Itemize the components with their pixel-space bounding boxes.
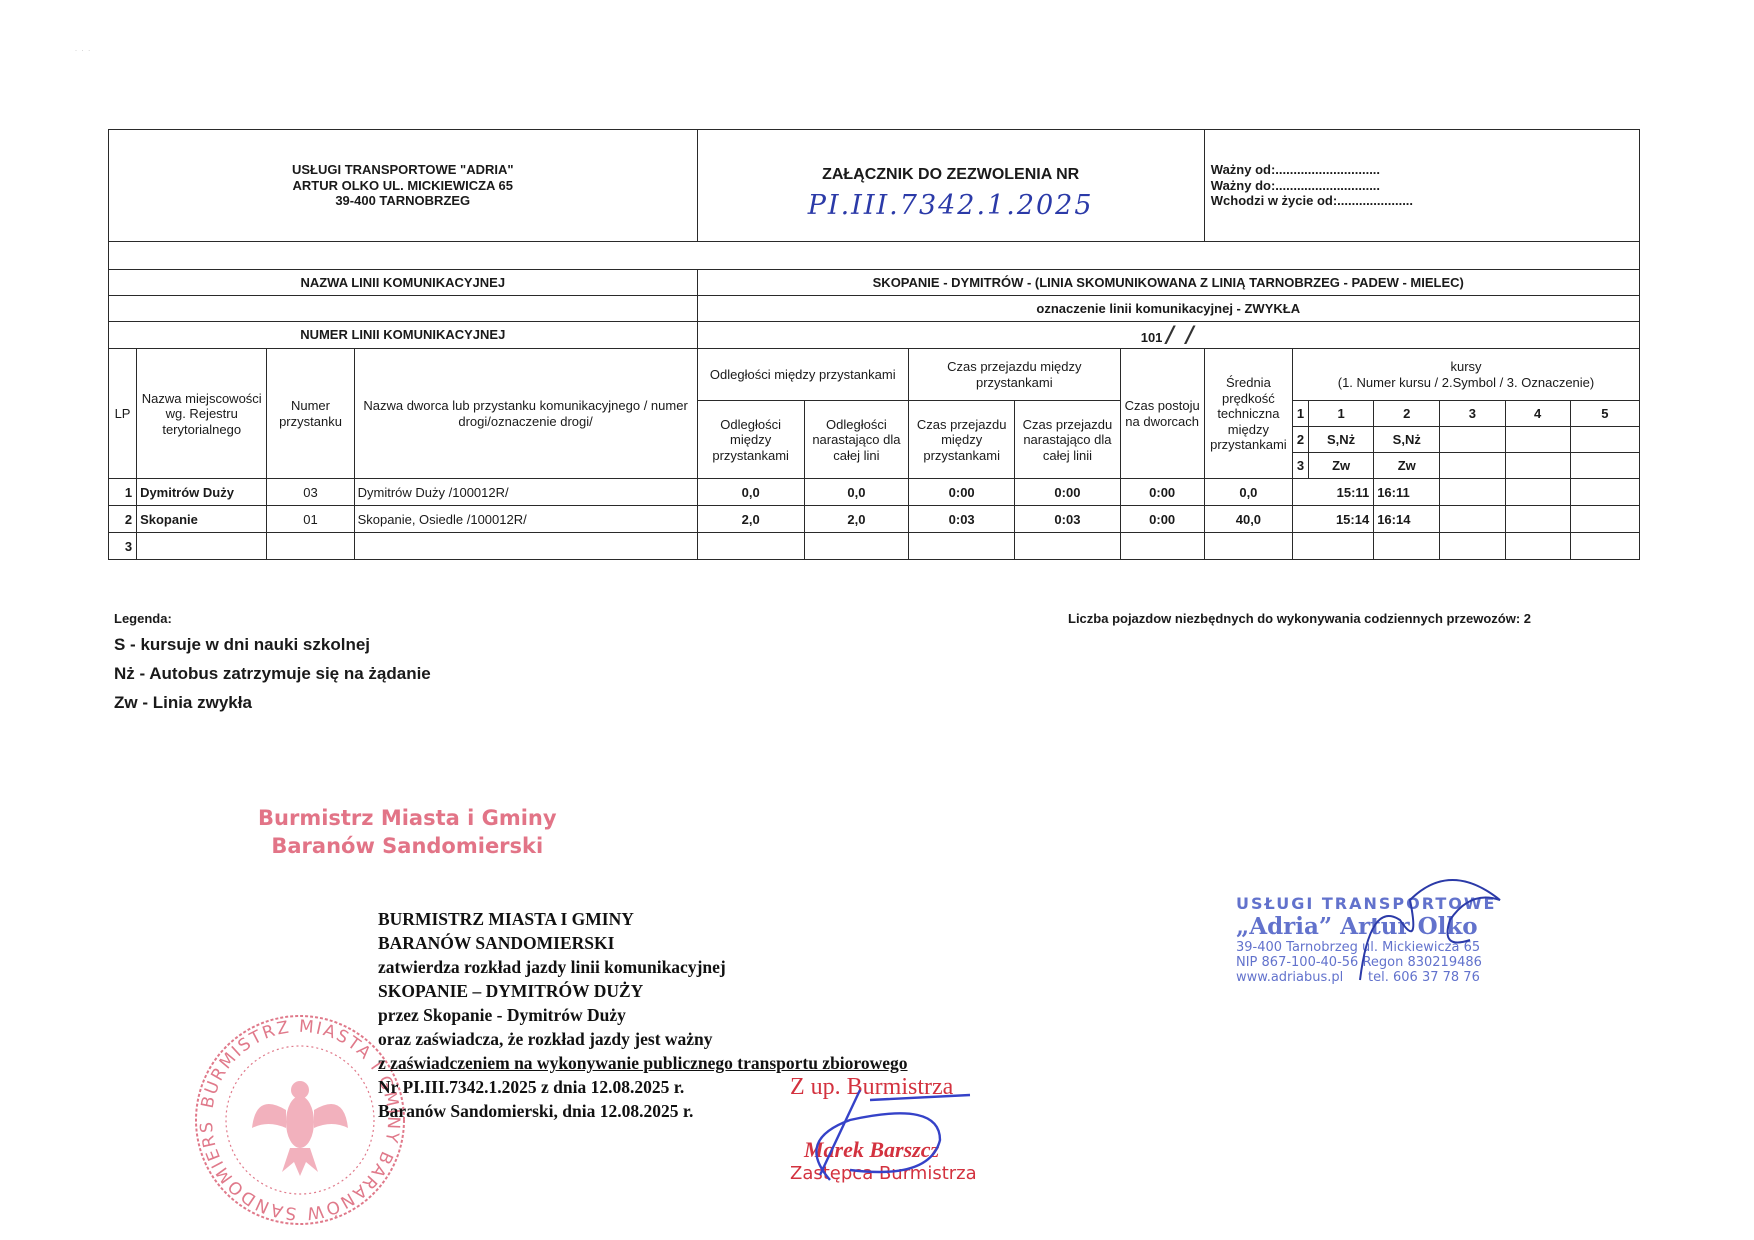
cell-time-course-4 bbox=[1505, 479, 1570, 506]
col-time-cumulative: Czas przejazdu narastająco dla całej lin… bbox=[1015, 401, 1120, 479]
cell-time-cumulative: 0:00 bbox=[1015, 479, 1120, 506]
line-name-label: NAZWA LINII KOMUNIKACYJNEJ bbox=[109, 270, 698, 296]
empty-cell bbox=[109, 296, 698, 322]
cell-time-course-3 bbox=[1440, 506, 1505, 533]
cell-time-course-4 bbox=[1505, 533, 1570, 560]
approval-line: z zaświadczeniem na wykonywanie publiczn… bbox=[378, 1051, 908, 1075]
course-designation: Zw bbox=[1374, 453, 1440, 479]
cell-time-between: 0:00 bbox=[909, 479, 1015, 506]
cell-lp: 2 bbox=[109, 506, 137, 533]
operator-line1: USŁUGI TRANSPORTOWE "ADRIA" bbox=[112, 162, 694, 178]
line-name-value: SKOPANIE - DYMITRÓW - (LINIA SKOMUNIKOWA… bbox=[697, 270, 1639, 296]
valid-to: Ważny do:............................. bbox=[1211, 178, 1636, 194]
timetable-grid: USŁUGI TRANSPORTOWE "ADRIA" ARTUR OLKO U… bbox=[108, 129, 1640, 560]
cell-time-course-2: 16:11 bbox=[1374, 479, 1440, 506]
course-row-label: 2 bbox=[1293, 427, 1309, 453]
course-number: 5 bbox=[1570, 401, 1639, 427]
table-row: 3 bbox=[109, 533, 1640, 560]
col-courses: kursy (1. Numer kursu / 2.Symbol / 3. Oz… bbox=[1293, 349, 1640, 401]
validity-block: Ważny od:............................. W… bbox=[1204, 130, 1639, 242]
line-number-label: NUMER LINII KOMUNIKACYJNEJ bbox=[109, 322, 698, 349]
line-number-cell: 101 / / bbox=[697, 322, 1639, 349]
line-number-value: 101 bbox=[1141, 330, 1163, 345]
col-stop-number: Numer przystanku bbox=[267, 349, 354, 479]
cell-time-course-2: 16:14 bbox=[1374, 506, 1440, 533]
mayor-stamp-line1: Burmistrz Miasta i Gminy bbox=[258, 804, 557, 832]
operator-line3: 39-400 TARNOBRZEG bbox=[112, 193, 694, 209]
col-time-between: Czas przejazdu między przystankami bbox=[909, 401, 1015, 479]
approval-line: BARANÓW SANDOMIERSKI bbox=[378, 931, 908, 955]
course-row-label: 1 bbox=[1293, 401, 1309, 427]
approval-line: BURMISTRZ MIASTA I GMINY bbox=[378, 907, 908, 931]
cell-locality: Skopanie bbox=[137, 506, 267, 533]
col-time-group: Czas przejazdu między przystankami bbox=[909, 349, 1121, 401]
legend-item: S - kursuje w dni nauki szkolnej bbox=[114, 635, 431, 655]
course-designation bbox=[1570, 453, 1639, 479]
cell-stop-time: 0:00 bbox=[1120, 506, 1204, 533]
mayor-office-stamp: Burmistrz Miasta i Gminy Baranów Sandomi… bbox=[258, 804, 557, 860]
course-number: 3 bbox=[1440, 401, 1505, 427]
course-number: 4 bbox=[1505, 401, 1570, 427]
cell-locality: Dymitrów Duży bbox=[137, 479, 267, 506]
line-number-handwritten: / / bbox=[1166, 322, 1196, 348]
cell-time-cumulative bbox=[1015, 533, 1120, 560]
vehicles-needed: Liczba pojazdow niezbędnych do wykonywan… bbox=[1068, 611, 1531, 626]
cell-time-course-3 bbox=[1440, 533, 1505, 560]
legend-item: Zw - Linia zwykła bbox=[114, 693, 431, 713]
approval-line: przez Skopanie - Dymitrów Duży bbox=[378, 1003, 908, 1027]
course-designation bbox=[1440, 453, 1505, 479]
cell-avg-speed bbox=[1204, 533, 1292, 560]
approval-line: zatwierdza rozkład jazdy linii komunikac… bbox=[378, 955, 908, 979]
table-row: 1 Dymitrów Duży 03 Dymitrów Duży /100012… bbox=[109, 479, 1640, 506]
cell-stop-number: 03 bbox=[267, 479, 354, 506]
cell-stop-number bbox=[267, 533, 354, 560]
cell-distance-cumulative: 2,0 bbox=[804, 506, 908, 533]
course-number: 2 bbox=[1374, 401, 1440, 427]
cell-time-course-1: 15:14 bbox=[1293, 506, 1374, 533]
cell-distance-between: 0,0 bbox=[697, 479, 804, 506]
cell-stop-time: 0:00 bbox=[1120, 479, 1204, 506]
courses-subtitle: (1. Numer kursu / 2.Symbol / 3. Oznaczen… bbox=[1296, 375, 1636, 391]
cell-stop-name bbox=[354, 533, 697, 560]
col-distance-between: Odległości między przystankami bbox=[697, 401, 804, 479]
cell-distance-cumulative bbox=[804, 533, 908, 560]
attachment-block: ZAŁĄCZNIK DO ZEZWOLENIA NR PI.III.7342.1… bbox=[697, 130, 1204, 242]
cell-lp: 3 bbox=[109, 533, 137, 560]
course-symbol bbox=[1570, 427, 1639, 453]
col-distance-cumulative: Odległości narastająco dla całej lini bbox=[804, 401, 908, 479]
cell-time-course-2 bbox=[1374, 533, 1440, 560]
cell-time-between: 0:03 bbox=[909, 506, 1015, 533]
col-lp: LP bbox=[109, 349, 137, 479]
legend-item: Nż - Autobus zatrzymuje się na żądanie bbox=[114, 664, 431, 684]
cell-distance-between: 2,0 bbox=[697, 506, 804, 533]
col-stop-name: Nazwa dworca lub przystanku komunikacyjn… bbox=[354, 349, 697, 479]
col-stop-time: Czas postoju na dworcach bbox=[1120, 349, 1204, 479]
course-symbol bbox=[1505, 427, 1570, 453]
scan-specks: · · · bbox=[75, 48, 90, 54]
col-locality: Nazwa miejscowości wg. Rejestru terytori… bbox=[137, 349, 267, 479]
cell-time-course-3 bbox=[1440, 479, 1505, 506]
cell-stop-time bbox=[1120, 533, 1204, 560]
course-symbol bbox=[1440, 427, 1505, 453]
cell-time-cumulative: 0:03 bbox=[1015, 506, 1120, 533]
approval-line: SKOPANIE – DYMITRÓW DUŻY bbox=[378, 979, 908, 1003]
cell-time-course-4 bbox=[1505, 506, 1570, 533]
table-row: 2 Skopanie 01 Skopanie, Osiedle /100012R… bbox=[109, 506, 1640, 533]
legend-title: Legenda: bbox=[114, 611, 431, 626]
round-seal-icon: BURMISTRZ MIASTA I GMINY BARANÓW SANDOMI… bbox=[190, 1010, 410, 1230]
deputy-signature-icon bbox=[790, 1080, 990, 1190]
course-designation: Zw bbox=[1309, 453, 1374, 479]
cell-distance-between bbox=[697, 533, 804, 560]
cell-avg-speed: 0,0 bbox=[1204, 479, 1292, 506]
operator-block: USŁUGI TRANSPORTOWE "ADRIA" ARTUR OLKO U… bbox=[109, 130, 698, 242]
cell-distance-cumulative: 0,0 bbox=[804, 479, 908, 506]
cell-avg-speed: 40,0 bbox=[1204, 506, 1292, 533]
cell-stop-name: Dymitrów Duży /100012R/ bbox=[354, 479, 697, 506]
legend: Legenda: S - kursuje w dni nauki szkolne… bbox=[114, 611, 431, 713]
cell-time-course-1: 15:11 bbox=[1293, 479, 1374, 506]
courses-title: kursy bbox=[1296, 359, 1636, 375]
cell-locality bbox=[137, 533, 267, 560]
cell-stop-name: Skopanie, Osiedle /100012R/ bbox=[354, 506, 697, 533]
course-symbol: S,Nż bbox=[1374, 427, 1440, 453]
valid-from: Ważny od:............................. bbox=[1211, 162, 1636, 178]
company-signature-icon bbox=[1340, 860, 1520, 990]
course-row-label: 3 bbox=[1293, 453, 1309, 479]
cell-time-course-5 bbox=[1570, 506, 1639, 533]
attachment-title: ZAŁĄCZNIK DO ZEZWOLENIA NR bbox=[701, 165, 1201, 184]
course-designation bbox=[1505, 453, 1570, 479]
course-number: 1 bbox=[1309, 401, 1374, 427]
spacer-row bbox=[109, 242, 1640, 270]
col-distance-group: Odległości między przystankami bbox=[697, 349, 909, 401]
cell-lp: 1 bbox=[109, 479, 137, 506]
cell-time-course-1 bbox=[1293, 533, 1374, 560]
col-avg-speed: Średnia prędkość techniczna między przys… bbox=[1204, 349, 1292, 479]
line-designation: oznaczenie linii komunikacyjnej - ZWYKŁA bbox=[697, 296, 1639, 322]
cell-stop-number: 01 bbox=[267, 506, 354, 533]
cell-time-course-5 bbox=[1570, 533, 1639, 560]
approval-line: oraz zaświadcza, że rozkład jazdy jest w… bbox=[378, 1027, 908, 1051]
course-symbol: S,Nż bbox=[1309, 427, 1374, 453]
attachment-handwritten-number: PI.III.7342.1.2025 bbox=[701, 190, 1201, 222]
mayor-stamp-line2: Baranów Sandomierski bbox=[258, 832, 557, 860]
cell-time-course-5 bbox=[1570, 479, 1639, 506]
cell-time-between bbox=[909, 533, 1015, 560]
effective-from: Wchodzi w życie od:..................... bbox=[1211, 193, 1636, 209]
operator-line2: ARTUR OLKO UL. MICKIEWICZA 65 bbox=[112, 178, 694, 194]
